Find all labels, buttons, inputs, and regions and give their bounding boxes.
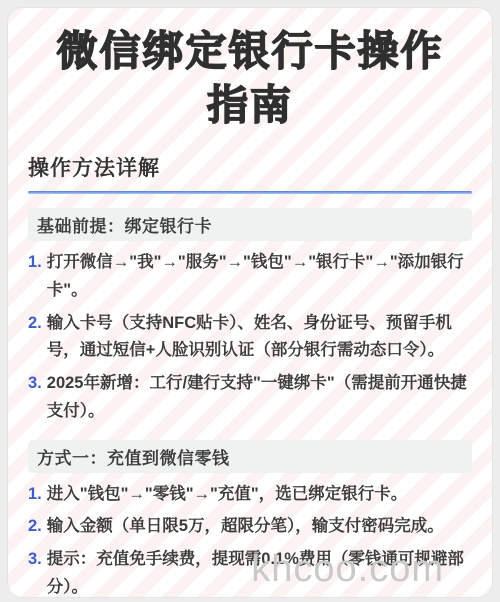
step-list: 1. 打开微信→"我"→"服务"→"钱包"→"银行卡"→"添加银行卡"。 2. …	[28, 249, 472, 425]
item-number: 2.	[28, 513, 42, 541]
item-text: 2025年新增：工行/建行支持"一键绑卡"（需提前开通快捷支付）。	[47, 370, 472, 425]
item-text: 打开微信→"我"→"服务"→"钱包"→"银行卡"→"添加银行卡"。	[47, 249, 472, 304]
item-number: 3.	[28, 370, 42, 398]
list-item: 1. 打开微信→"我"→"服务"→"钱包"→"银行卡"→"添加银行卡"。	[28, 249, 472, 304]
list-item: 3. 2025年新增：工行/建行支持"一键绑卡"（需提前开通快捷支付）。	[28, 370, 472, 425]
list-item: 2. 输入金额（单日限5万，超限分笔），输支付密码完成。	[28, 513, 472, 541]
content-area: 操作方法详解 基础前提：绑定银行卡 1. 打开微信→"我"→"服务"→"钱包"→…	[8, 152, 492, 597]
page: 微信绑定银行卡操作 指南 操作方法详解 基础前提：绑定银行卡 1. 打开微信→"…	[0, 0, 500, 602]
guide-card: 微信绑定银行卡操作 指南 操作方法详解 基础前提：绑定银行卡 1. 打开微信→"…	[8, 8, 492, 597]
section-prerequisite: 基础前提：绑定银行卡 1. 打开微信→"我"→"服务"→"钱包"→"银行卡"→"…	[28, 208, 472, 425]
page-title: 微信绑定银行卡操作 指南	[8, 8, 492, 132]
item-text: 输入金额（单日限5万，超限分笔），输支付密码完成。	[47, 513, 444, 541]
item-text: 进入"钱包"→"零钱"→"充值"，选已绑定银行卡。	[47, 481, 407, 509]
item-number: 1.	[28, 481, 42, 509]
item-number: 1.	[28, 249, 42, 277]
list-item: 1. 进入"钱包"→"零钱"→"充值"，选已绑定银行卡。	[28, 481, 472, 509]
section-title-bar: 基础前提：绑定银行卡	[28, 208, 472, 241]
item-text: 输入卡号（支持NFC贴卡）、姓名、身份证号、预留手机号，通过短信+人脸识别认证（…	[47, 310, 472, 365]
watermark: khcoo.com	[251, 548, 444, 591]
list-item: 2. 输入卡号（支持NFC贴卡）、姓名、身份证号、预留手机号，通过短信+人脸识别…	[28, 310, 472, 365]
item-number: 2.	[28, 310, 42, 338]
section-heading: 操作方法详解	[28, 152, 472, 182]
section-title-bar: 方式一：充值到微信零钱	[28, 440, 472, 473]
heading-divider	[28, 191, 472, 194]
item-number: 3.	[28, 546, 42, 574]
